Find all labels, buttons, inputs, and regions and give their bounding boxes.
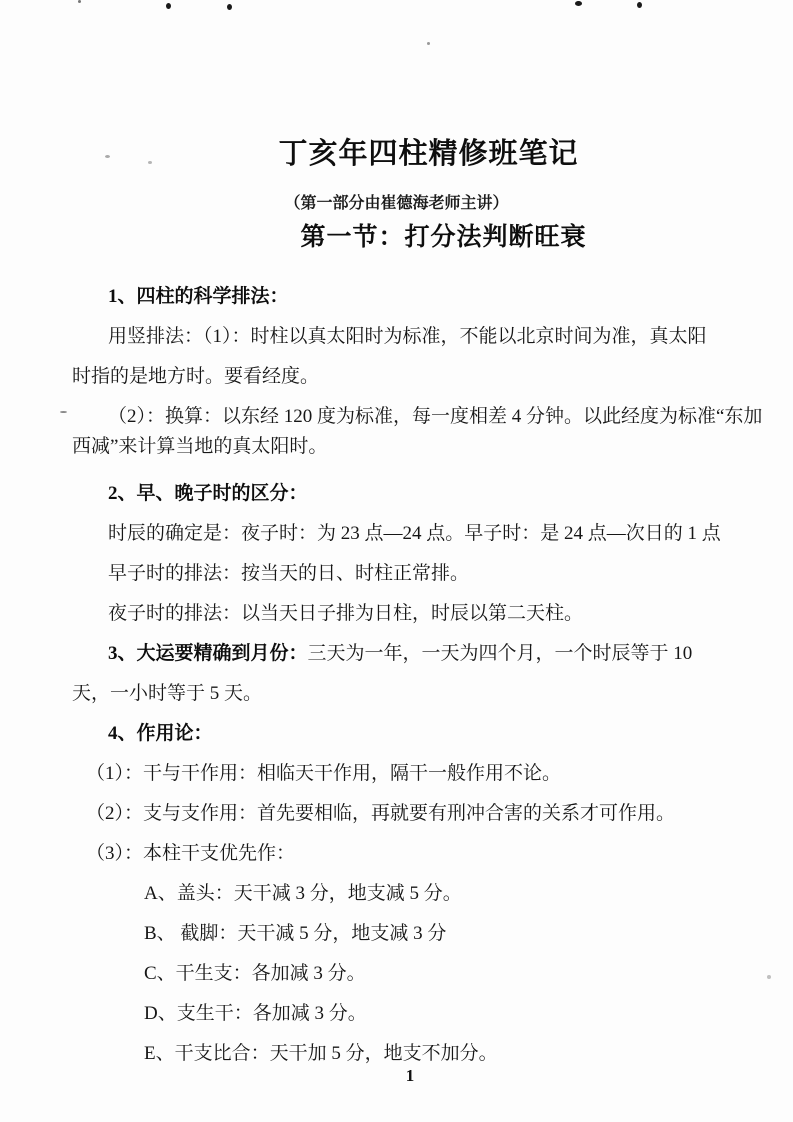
paragraph-line: 4、作用论：: [0, 714, 793, 754]
paragraph-text: 用竖排法：（1）：时柱以真太阳时为标准，不能以北京时间为准，真太阳: [108, 326, 707, 347]
paragraph-line: B、 截脚：天干减 5 分，地支减 3 分: [0, 914, 793, 954]
paragraph-line: 西减”来计算当地的真太阳时。: [0, 432, 793, 462]
document-title: 丁亥年四柱精修班笔记: [32, 0, 793, 172]
paragraph-text: （3）：本柱干支优先作：: [86, 843, 295, 864]
paragraph-text: 天，一小时等于 5 天。: [72, 683, 262, 704]
paragraph-line: 用竖排法：（1）：时柱以真太阳时为标准，不能以北京时间为准，真太阳: [0, 317, 793, 357]
paragraph-text: 西减”来计算当地的真太阳时。: [72, 436, 327, 457]
paragraph-line: 夜子时的排法：以当天日子排为日柱，时辰以第二天柱。: [0, 594, 793, 634]
paragraph-line: 时辰的确定是：夜子时：为 23 点—24 点。早子时：是 24 点—次日的 1 …: [0, 514, 793, 554]
paragraph-line: 早子时的排法：按当天的日、时柱正常排。: [0, 554, 793, 594]
paragraph-text: C、干生支：各加减 3 分。: [144, 963, 366, 984]
paragraph-line: E、干支比合：天干加 5 分，地支不加分。: [0, 1034, 793, 1074]
scan-speck: [767, 975, 771, 979]
paragraph-text: （1）：干与干作用：相临天干作用，隔干一般作用不论。: [86, 763, 561, 784]
paragraph-line: 2、早、晚子时的区分：: [0, 474, 793, 514]
paragraph-text: 夜子时的排法：以当天日子排为日柱，时辰以第二天柱。: [108, 603, 583, 624]
paragraph-line: （2）：支与支作用：首先要相临，再就要有刑冲合害的关系才可作用。: [0, 794, 793, 834]
paragraph-text: E、干支比合：天干加 5 分，地支不加分。: [144, 1043, 498, 1064]
paragraph-text: 时辰的确定是：夜子时：为 23 点—24 点。早子时：是 24 点—次日的 1 …: [108, 523, 721, 544]
paragraph-line: 天，一小时等于 5 天。: [0, 674, 793, 714]
paragraph-line: （1）：干与干作用：相临天干作用，隔干一般作用不论。: [0, 754, 793, 794]
section-heading: 第一节：打分法判断旺衰: [47, 221, 793, 253]
paragraph-text: （2）：换算：以东经 120 度为标准，每一度相差 4 分钟。以此经度为标准“东…: [108, 406, 762, 427]
paragraph-text: 早子时的排法：按当天的日、时柱正常排。: [108, 563, 469, 584]
paragraph-line: D、支生干：各加减 3 分。: [0, 994, 793, 1034]
paragraph-text: 1、四柱的科学排法：: [108, 286, 289, 307]
paragraph-text: 时指的是地方时。要看经度。: [72, 366, 319, 387]
paragraph-bold-lead: 3、大运要精确到月份：: [108, 643, 308, 664]
paragraph-line: 1、四柱的科学排法：: [0, 277, 793, 317]
document-subtitle: （第一部分由崔德海老师主讲）: [0, 193, 793, 215]
paragraph-text: 4、作用论：: [108, 723, 213, 744]
paragraph-line: 3、大运要精确到月份：三天为一年，一天为四个月，一个时辰等于 10: [0, 634, 793, 674]
paragraph-line: C、干生支：各加减 3 分。: [0, 954, 793, 994]
paragraph-line: A、盖头：天干减 3 分，地支减 5 分。: [0, 874, 793, 914]
paragraph-text: D、支生干：各加减 3 分。: [144, 1003, 367, 1024]
paragraph-text: A、盖头：天干减 3 分，地支减 5 分。: [144, 883, 462, 904]
paragraph-text: 三天为一年，一天为四个月，一个时辰等于 10: [308, 643, 693, 664]
paragraph-line: （3）：本柱干支优先作：: [0, 834, 793, 874]
scanned-document-page: 丁亥年四柱精修班笔记 （第一部分由崔德海老师主讲） 第一节：打分法判断旺衰 1、…: [0, 0, 793, 1122]
paragraph-text: B、 截脚：天干减 5 分，地支减 3 分: [144, 923, 446, 944]
paragraph-line: 时指的是地方时。要看经度。: [0, 357, 793, 397]
page-number: 1: [400, 1066, 420, 1086]
scan-speck: [60, 411, 67, 413]
paragraph-text: 2、早、晚子时的区分：: [108, 483, 308, 504]
document-body: 1、四柱的科学排法：用竖排法：（1）：时柱以真太阳时为标准，不能以北京时间为准，…: [0, 277, 793, 1074]
paragraph-text: （2）：支与支作用：首先要相临，再就要有刑冲合害的关系才可作用。: [86, 803, 675, 824]
paragraph-line: （2）：换算：以东经 120 度为标准，每一度相差 4 分钟。以此经度为标准“东…: [0, 402, 793, 432]
